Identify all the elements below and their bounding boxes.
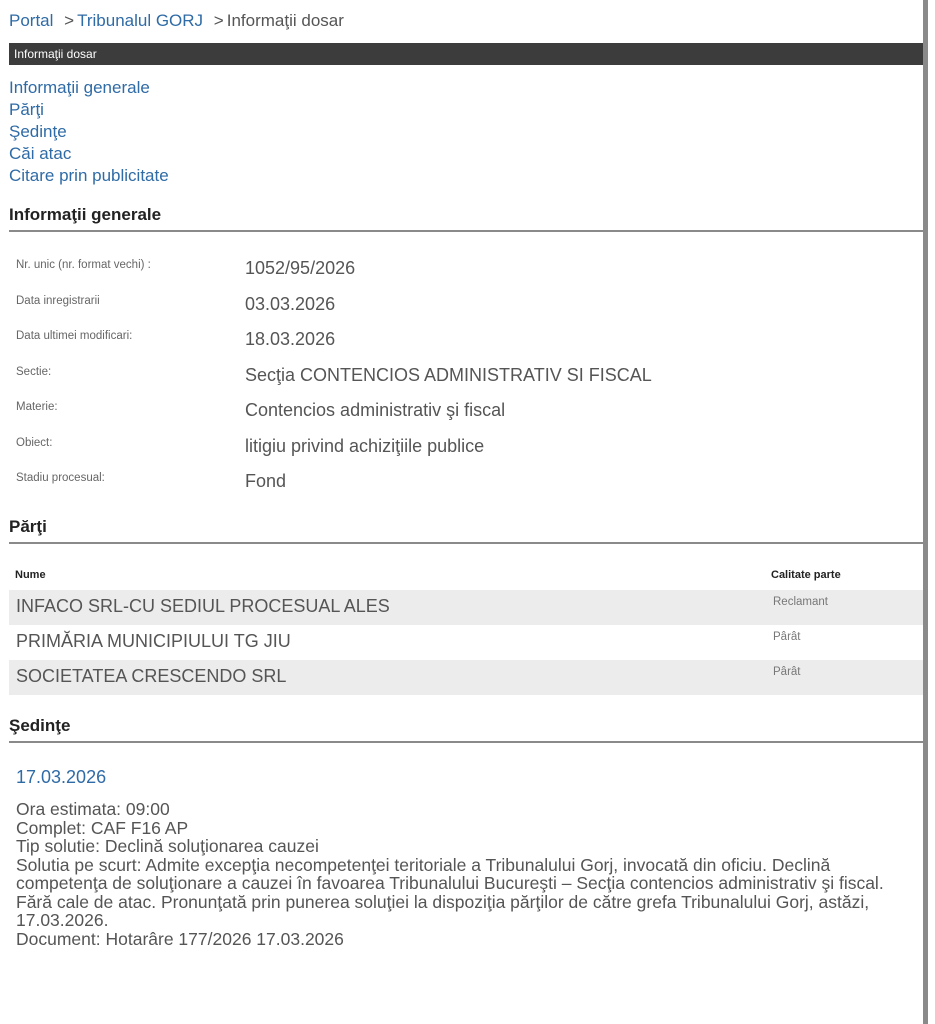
table-row: INFACO SRL-CU SEDIUL PROCESUAL ALES Recl… [9, 590, 924, 625]
breadcrumb-tribunal-link[interactable]: Tribunalul GORJ [77, 11, 203, 30]
info-label: Data ultimei modificari: [16, 330, 132, 342]
info-value: Secţia CONTENCIOS ADMINISTRATIV SI FISCA… [245, 365, 652, 386]
table-row: PRIMĂRIA MUNICIPIULUI TG JIU Pârât [9, 625, 924, 660]
hearing-tip-solutie: Tip solutie: Declină soluţionarea cauzei [16, 837, 921, 856]
hearing-details: Ora estimata: 09:00 Complet: CAF F16 AP … [16, 800, 921, 948]
breadcrumb-current: Informaţii dosar [227, 11, 344, 30]
nav-link-parti[interactable]: Părţi [9, 99, 169, 121]
hearing-solutie: Solutia pe scurt: Admite excepţia necomp… [16, 856, 921, 930]
info-value: 18.03.2026 [245, 329, 335, 350]
case-info-page: Portal >Tribunalul GORJ >Informaţii dosa… [0, 0, 924, 1024]
info-value: 1052/95/2026 [245, 258, 355, 279]
breadcrumb-separator: > [64, 11, 74, 30]
info-label: Stadiu procesual: [16, 472, 105, 484]
party-name: INFACO SRL-CU SEDIUL PROCESUAL ALES [16, 596, 390, 617]
info-label: Materie: [16, 401, 58, 413]
section-heading-parti: Părţi [9, 517, 926, 544]
section-nav: Informaţii generale Părţi Şedinţe Căi at… [9, 77, 169, 187]
hearing-date: 17.03.2026 [16, 767, 921, 788]
info-label: Data inregistrarii [16, 295, 100, 307]
nav-link-cai-atac[interactable]: Căi atac [9, 143, 169, 165]
section-heading-general: Informaţii generale [9, 205, 926, 232]
party-role: Pârât [773, 666, 801, 678]
info-value: Fond [245, 471, 286, 492]
nav-link-citare-publicitate[interactable]: Citare prin publicitate [9, 165, 169, 187]
info-value: 03.03.2026 [245, 294, 335, 315]
breadcrumb: Portal >Tribunalul GORJ >Informaţii dosa… [9, 11, 344, 31]
party-name: PRIMĂRIA MUNICIPIULUI TG JIU [16, 631, 291, 652]
section-heading-sedinte: Şedinţe [9, 716, 926, 743]
breadcrumb-portal-link[interactable]: Portal [9, 11, 53, 30]
info-label: Nr. unic (nr. format vechi) : [16, 259, 151, 271]
column-header-nume: Nume [15, 569, 46, 581]
info-value: Contencios administrativ şi fiscal [245, 400, 505, 421]
page-right-border [923, 0, 928, 1024]
nav-link-informatii-generale[interactable]: Informaţii generale [9, 77, 169, 99]
hearing-ora: Ora estimata: 09:00 [16, 800, 921, 819]
parties-table-header: Nume Calitate parte [9, 564, 924, 590]
parties-table: Nume Calitate parte INFACO SRL-CU SEDIUL… [9, 564, 924, 695]
breadcrumb-separator: > [214, 11, 224, 30]
info-value: litigiu privind achiziţiile publice [245, 436, 484, 457]
info-label: Sectie: [16, 366, 51, 378]
column-header-calitate: Calitate parte [771, 569, 841, 581]
party-role: Pârât [773, 631, 801, 643]
hearing-entry: 17.03.2026 Ora estimata: 09:00 Complet: … [16, 767, 921, 948]
party-role: Reclamant [773, 596, 828, 608]
table-row: SOCIETATEA CRESCENDO SRL Pârât [9, 660, 924, 695]
hearing-complet: Complet: CAF F16 AP [16, 819, 921, 838]
party-name: SOCIETATEA CRESCENDO SRL [16, 666, 286, 687]
page-title-bar: Informaţii dosar [9, 43, 926, 65]
hearing-document: Document: Hotarâre 177/2026 17.03.2026 [16, 930, 921, 949]
info-label: Obiect: [16, 437, 52, 449]
nav-link-sedinte[interactable]: Şedinţe [9, 121, 169, 143]
